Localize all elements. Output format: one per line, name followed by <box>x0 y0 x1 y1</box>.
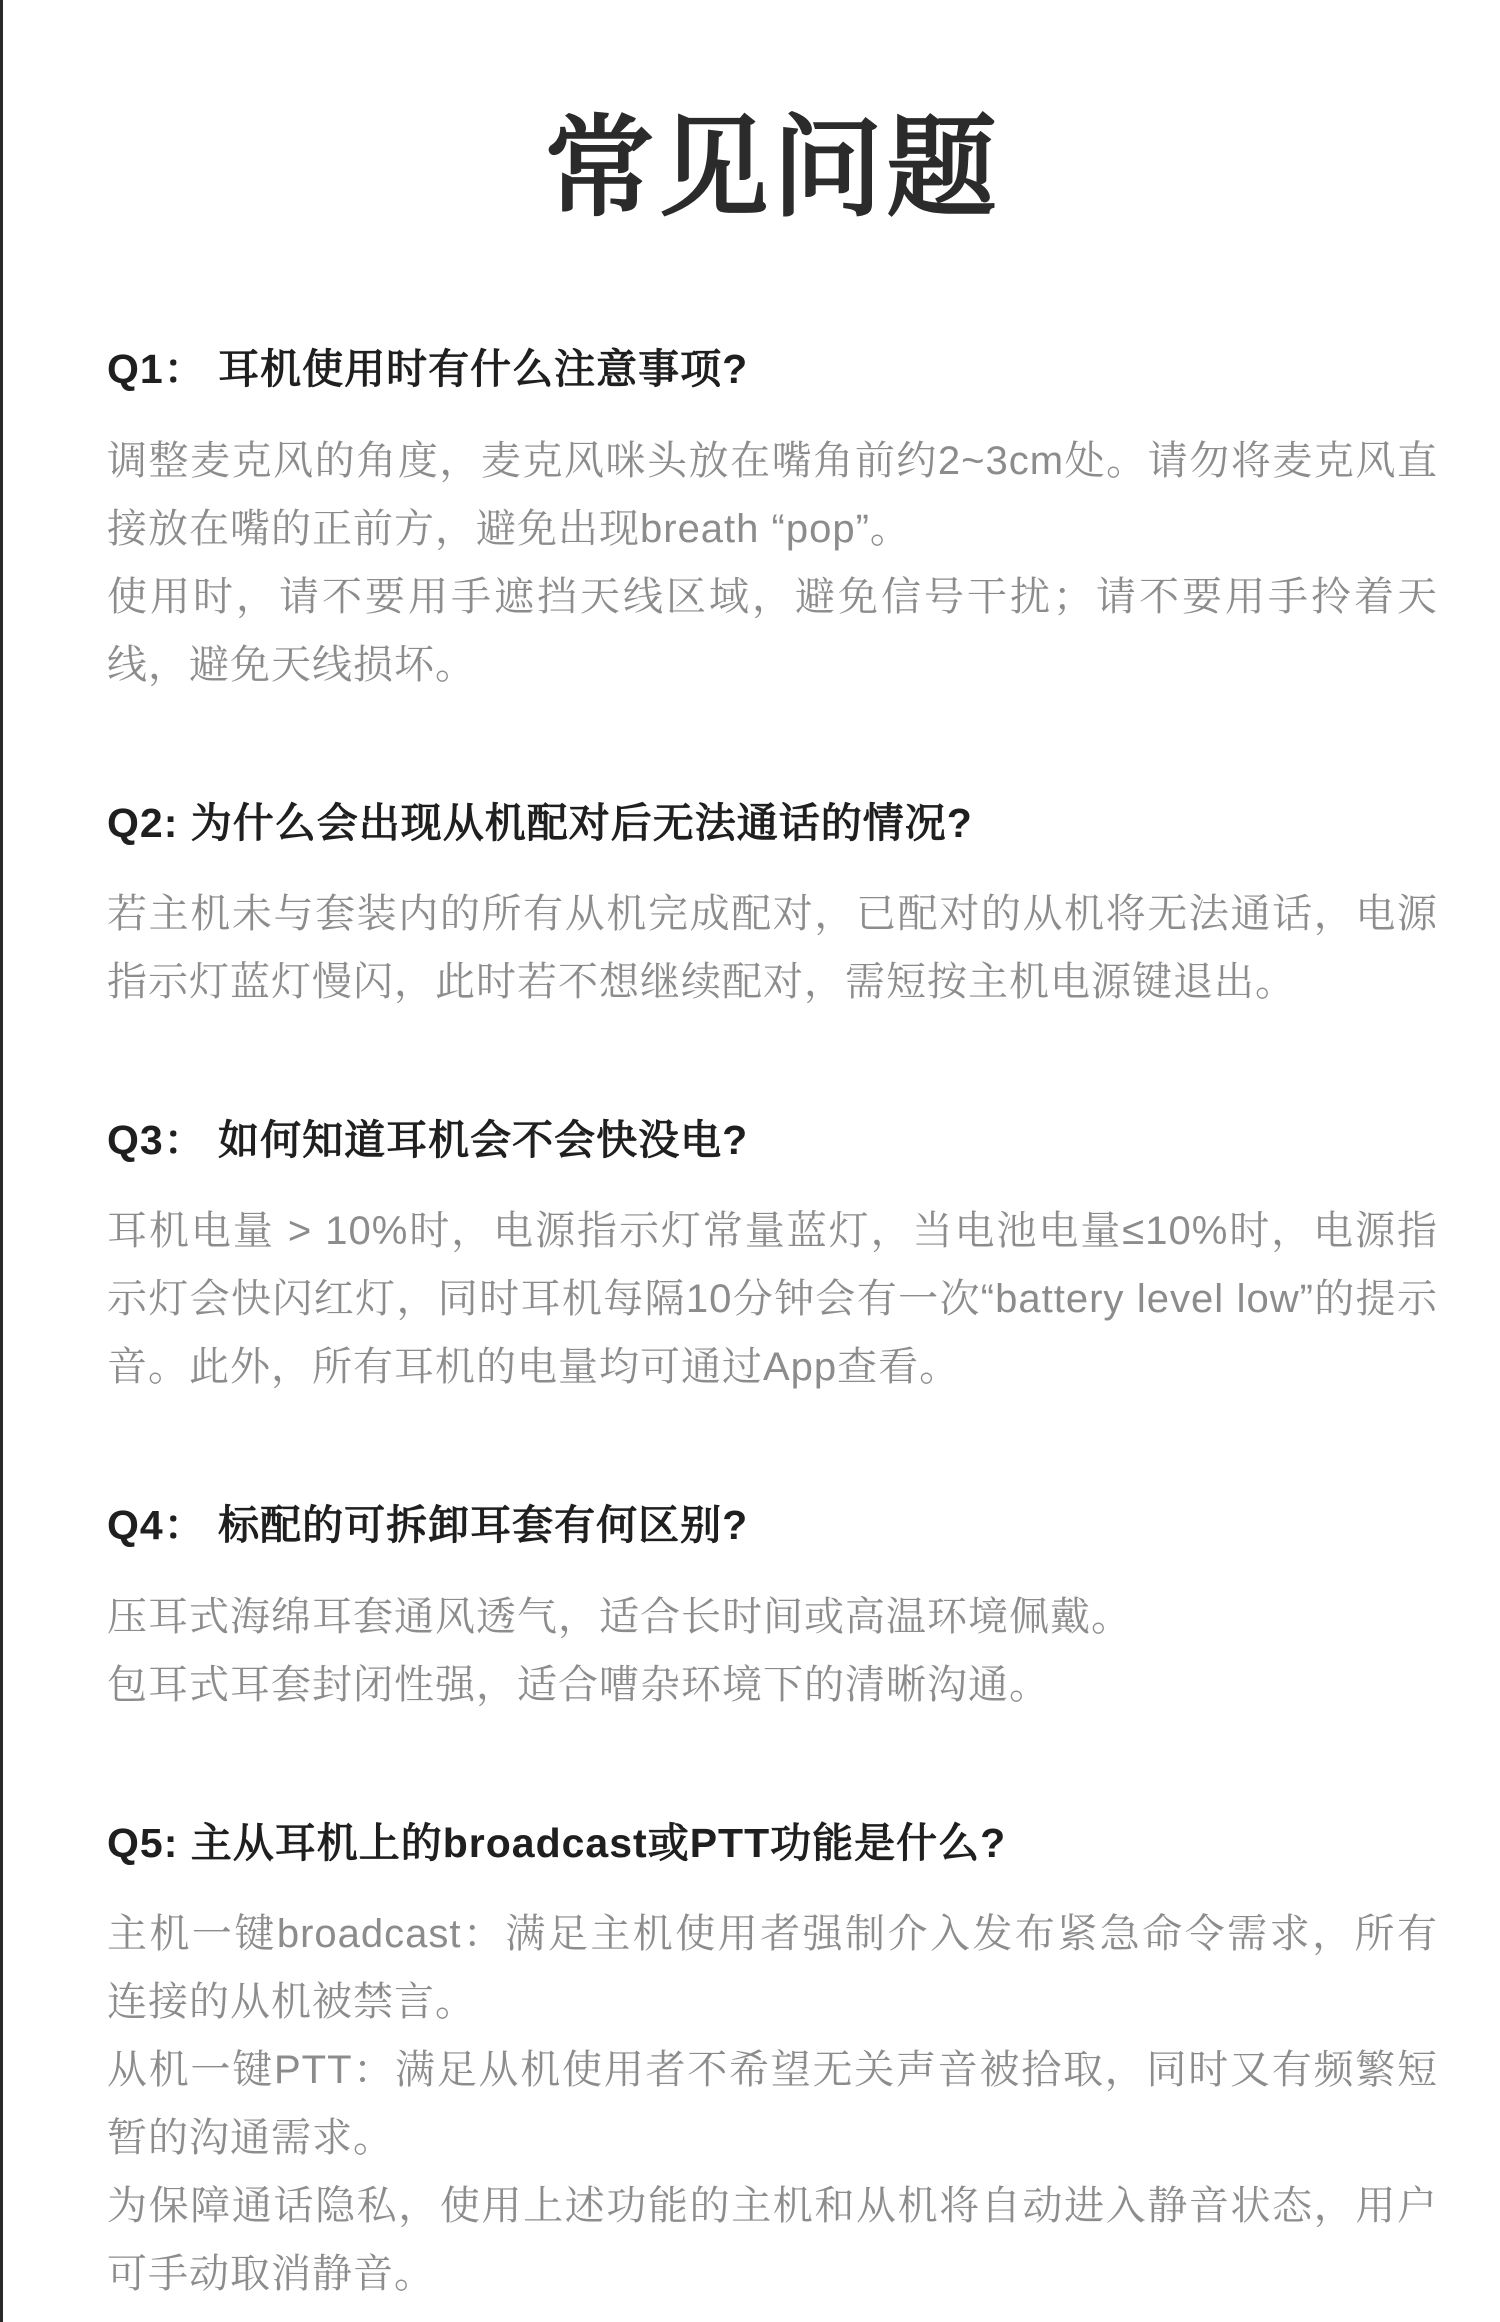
faq-answer: 耳机电量 > 10%时，电源指示灯常量蓝灯，当电池电量≤10%时，电源指示灯会快… <box>107 1197 1438 1401</box>
faq-section-q3: Q3： 如何知道耳机会不会快没电? 耳机电量 > 10%时，电源指示灯常量蓝灯，… <box>107 1112 1438 1401</box>
faq-answer-paragraph: 从机一键PTT：满足从机使用者不希望无关声音被拾取，同时又有频繁短暂的沟通需求。 <box>107 2036 1438 2172</box>
faq-answer-paragraph: 为保障通话隐私，使用上述功能的主机和从机将自动进入静音状态，用户可手动取消静音。 <box>107 2172 1438 2308</box>
faq-page: 常见问题 Q1： 耳机使用时有什么注意事项? 调整麦克风的角度，麦克风咪头放在嘴… <box>0 0 1500 2322</box>
faq-answer-paragraph: 包耳式耳套封闭性强，适合嘈杂环境下的清晰沟通。 <box>107 1651 1438 1719</box>
faq-section-q4: Q4： 标配的可拆卸耳套有何区别? 压耳式海绵耳套通风透气，适合长时间或高温环境… <box>107 1497 1438 1718</box>
faq-answer-paragraph: 压耳式海绵耳套通风透气，适合长时间或高温环境佩戴。 <box>107 1583 1438 1651</box>
faq-question: Q4： 标配的可拆卸耳套有何区别? <box>107 1497 1438 1554</box>
faq-answer-paragraph: 若主机未与套装内的所有从机完成配对，已配对的从机将无法通话，电源指示灯蓝灯慢闪，… <box>107 880 1438 1016</box>
faq-question: Q5: 主从耳机上的broadcast或PTT功能是什么? <box>107 1815 1438 1872</box>
faq-answer-paragraph: 主机一键broadcast：满足主机使用者强制介入发布紧急命令需求，所有连接的从… <box>107 1900 1438 2036</box>
faq-section-q2: Q2: 为什么会出现从机配对后无法通话的情况? 若主机未与套装内的所有从机完成配… <box>107 795 1438 1016</box>
faq-answer: 若主机未与套装内的所有从机完成配对，已配对的从机将无法通话，电源指示灯蓝灯慢闪，… <box>107 880 1438 1016</box>
faq-answer: 调整麦克风的角度，麦克风咪头放在嘴角前约2~3cm处。请勿将麦克风直接放在嘴的正… <box>107 427 1438 699</box>
faq-question: Q2: 为什么会出现从机配对后无法通话的情况? <box>107 795 1438 852</box>
faq-answer-paragraph: 调整麦克风的角度，麦克风咪头放在嘴角前约2~3cm处。请勿将麦克风直接放在嘴的正… <box>107 427 1438 563</box>
faq-question: Q3： 如何知道耳机会不会快没电? <box>107 1112 1438 1169</box>
faq-answer: 压耳式海绵耳套通风透气，适合长时间或高温环境佩戴。 包耳式耳套封闭性强，适合嘈杂… <box>107 1583 1438 1719</box>
faq-section-q5: Q5: 主从耳机上的broadcast或PTT功能是什么? 主机一键broadc… <box>107 1815 1438 2308</box>
faq-section-q1: Q1： 耳机使用时有什么注意事项? 调整麦克风的角度，麦克风咪头放在嘴角前约2~… <box>107 341 1438 698</box>
faq-answer-paragraph: 使用时，请不要用手遮挡天线区域，避免信号干扰；请不要用手拎着天线，避免天线损坏。 <box>107 563 1438 699</box>
faq-answer-paragraph: 耳机电量 > 10%时，电源指示灯常量蓝灯，当电池电量≤10%时，电源指示灯会快… <box>107 1197 1438 1401</box>
faq-content: 常见问题 Q1： 耳机使用时有什么注意事项? 调整麦克风的角度，麦克风咪头放在嘴… <box>3 96 1500 2308</box>
faq-answer: 主机一键broadcast：满足主机使用者强制介入发布紧急命令需求，所有连接的从… <box>107 1900 1438 2308</box>
faq-question: Q1： 耳机使用时有什么注意事项? <box>107 341 1438 398</box>
page-title: 常见问题 <box>107 96 1438 241</box>
